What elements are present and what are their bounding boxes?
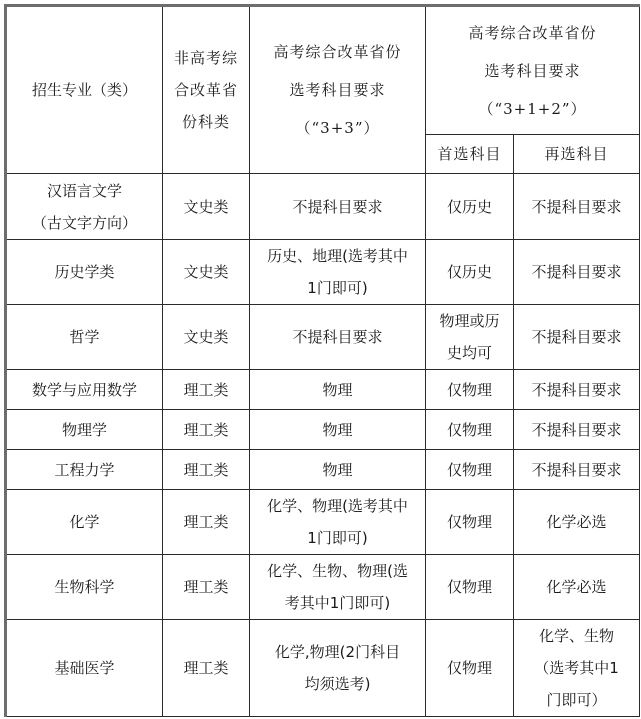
cell-text: 理工类	[183, 381, 228, 399]
cell-first-choice: 仅物理	[426, 620, 514, 717]
header-line: （“3+1+2”）	[430, 90, 635, 128]
table-row: 汉语言文学 （古文字方向） 文史类 不提科目要求 仅历史 不提科目要求	[6, 174, 640, 240]
cell-text: 文史类	[183, 328, 228, 346]
cell-category: 文史类	[163, 240, 250, 305]
table-row: 历史学类 文史类 历史、地理(选考其中 1门即可) 仅历史 不提科目要求	[6, 240, 640, 305]
cell-first-choice: 仅物理	[426, 370, 514, 410]
cell-second-choice: 不提科目要求	[514, 240, 640, 305]
cell-category: 理工类	[163, 555, 250, 620]
cell-text: 物理或历	[430, 305, 509, 337]
cell-text: 化学必选	[518, 506, 635, 538]
cell-req-3plus3: 物理	[250, 410, 426, 450]
table-row: 工程力学 理工类 物理 仅物理 不提科目要求	[6, 450, 640, 490]
cell-text: 不提科目要求	[518, 374, 635, 406]
header-line: 非高考综	[167, 42, 245, 74]
cell-major: 基础医学	[6, 620, 163, 717]
cell-second-choice: 不提科目要求	[514, 410, 640, 450]
cell-text: 化学、生物、物理(选	[254, 555, 421, 587]
cell-text: 考其中1门即可)	[254, 587, 421, 619]
cell-text: （选考其中1	[518, 652, 635, 684]
cell-text: 历史学类	[11, 256, 158, 288]
cell-text: 不提科目要求	[518, 256, 635, 288]
cell-category: 理工类	[163, 490, 250, 555]
cell-category: 文史类	[163, 305, 250, 370]
cell-req-3plus3: 化学、物理(选考其中 1门即可)	[250, 490, 426, 555]
cell-major: 汉语言文学 （古文字方向）	[6, 174, 163, 240]
cell-first-choice: 仅物理	[426, 555, 514, 620]
cell-text: 理工类	[183, 659, 228, 677]
header-line: 选考科目要求	[254, 71, 421, 109]
header-line: （“3+3”）	[254, 109, 421, 147]
table-row: 基础医学 理工类 化学,物理(2门科目 均须选考) 仅物理 化学、生物 （选考其…	[6, 620, 640, 717]
cell-req-3plus3: 化学,物理(2门科目 均须选考)	[250, 620, 426, 717]
header-line: 选考科目要求	[430, 52, 635, 90]
cell-category: 理工类	[163, 410, 250, 450]
cell-text: 基础医学	[11, 652, 158, 684]
header-second-choice: 再选科目	[514, 135, 640, 174]
cell-text: 化学必选	[518, 571, 635, 603]
cell-first-choice: 仅历史	[426, 240, 514, 305]
table-row: 哲学 文史类 不提科目要求 物理或历 史均可 不提科目要求	[6, 305, 640, 370]
cell-text: 化学、生物	[518, 620, 635, 652]
cell-text: 哲学	[11, 321, 158, 353]
header-line: 合改革省	[167, 74, 245, 106]
cell-second-choice: 化学必选	[514, 490, 640, 555]
cell-text: 不提科目要求	[518, 454, 635, 486]
cell-major: 化学	[6, 490, 163, 555]
cell-req-3plus3: 物理	[250, 370, 426, 410]
cell-category: 理工类	[163, 450, 250, 490]
cell-text: 仅物理	[430, 414, 509, 446]
cell-text: 仅历史	[430, 256, 509, 288]
cell-category: 理工类	[163, 370, 250, 410]
cell-first-choice: 仅物理	[426, 450, 514, 490]
cell-text: 史均可	[430, 337, 509, 369]
cell-text: 仅历史	[430, 191, 509, 223]
cell-text: 理工类	[183, 513, 228, 531]
header-major-label: 招生专业（类）	[32, 81, 137, 99]
cell-req-3plus3: 不提科目要求	[250, 174, 426, 240]
cell-first-choice: 仅物理	[426, 410, 514, 450]
header-reform-3plus1plus2: 高考综合改革省份 选考科目要求 （“3+1+2”）	[426, 6, 640, 135]
cell-major: 哲学	[6, 305, 163, 370]
cell-major: 工程力学	[6, 450, 163, 490]
cell-text: 理工类	[183, 421, 228, 439]
cell-category: 理工类	[163, 620, 250, 717]
cell-text: 物理	[254, 374, 421, 406]
cell-text: 均须选考)	[254, 668, 421, 700]
cell-first-choice: 仅物理	[426, 490, 514, 555]
cell-major: 生物科学	[6, 555, 163, 620]
header-first-choice: 首选科目	[426, 135, 514, 174]
cell-text: 物理	[254, 454, 421, 486]
table-row: 数学与应用数学 理工类 物理 仅物理 不提科目要求	[6, 370, 640, 410]
header-first-choice-label: 首选科目	[437, 145, 501, 163]
cell-text: 化学,物理(2门科目	[254, 636, 421, 668]
table-row: 化学 理工类 化学、物理(选考其中 1门即可) 仅物理 化学必选	[6, 490, 640, 555]
header-line: 高考综合改革省份	[430, 14, 635, 52]
cell-first-choice: 仅历史	[426, 174, 514, 240]
cell-text: 理工类	[183, 578, 228, 596]
cell-text: 门即可）	[518, 684, 635, 716]
cell-text: 仅物理	[430, 454, 509, 486]
cell-text: 1门即可)	[254, 522, 421, 554]
cell-major: 物理学	[6, 410, 163, 450]
cell-second-choice: 不提科目要求	[514, 450, 640, 490]
cell-req-3plus3: 物理	[250, 450, 426, 490]
cell-text: 不提科目要求	[518, 321, 635, 353]
cell-text: 物理	[254, 414, 421, 446]
table-row: 生物科学 理工类 化学、生物、物理(选 考其中1门即可) 仅物理 化学必选	[6, 555, 640, 620]
cell-major: 数学与应用数学	[6, 370, 163, 410]
cell-text: 仅物理	[430, 571, 509, 603]
cell-text: 工程力学	[11, 454, 158, 486]
cell-text: 不提科目要求	[254, 321, 421, 353]
cell-second-choice: 化学必选	[514, 555, 640, 620]
cell-text: （古文字方向）	[11, 207, 158, 239]
cell-text: 化学、物理(选考其中	[254, 490, 421, 522]
cell-text: 生物科学	[11, 571, 158, 603]
cell-text: 理工类	[183, 461, 228, 479]
cell-second-choice: 化学、生物 （选考其中1 门即可）	[514, 620, 640, 717]
cell-text: 不提科目要求	[518, 414, 635, 446]
cell-text: 仅物理	[430, 506, 509, 538]
header-line: 高考综合改革省份	[254, 33, 421, 71]
cell-second-choice: 不提科目要求	[514, 174, 640, 240]
table-row: 物理学 理工类 物理 仅物理 不提科目要求	[6, 410, 640, 450]
cell-second-choice: 不提科目要求	[514, 370, 640, 410]
cell-major: 历史学类	[6, 240, 163, 305]
header-reform-3plus3: 高考综合改革省份 选考科目要求 （“3+3”）	[250, 6, 426, 174]
header-line: 份科类	[167, 106, 245, 138]
cell-first-choice: 物理或历 史均可	[426, 305, 514, 370]
cell-text: 数学与应用数学	[11, 374, 158, 406]
cell-second-choice: 不提科目要求	[514, 305, 640, 370]
cell-category: 文史类	[163, 174, 250, 240]
subject-requirements-table: 招生专业（类） 非高考综 合改革省 份科类 高考综合改革省份 选考科目要求 （“…	[4, 4, 640, 717]
cell-text: 历史、地理(选考其中	[254, 240, 421, 272]
cell-text: 文史类	[183, 263, 228, 281]
header-non-reform-category: 非高考综 合改革省 份科类	[163, 6, 250, 174]
header-second-choice-label: 再选科目	[545, 145, 609, 163]
cell-req-3plus3: 化学、生物、物理(选 考其中1门即可)	[250, 555, 426, 620]
cell-text: 化学	[11, 506, 158, 538]
header-major: 招生专业（类）	[6, 6, 163, 174]
cell-text: 不提科目要求	[254, 191, 421, 223]
cell-text: 汉语言文学	[11, 175, 158, 207]
cell-req-3plus3: 历史、地理(选考其中 1门即可)	[250, 240, 426, 305]
cell-req-3plus3: 不提科目要求	[250, 305, 426, 370]
cell-text: 仅物理	[430, 374, 509, 406]
cell-text: 仅物理	[430, 652, 509, 684]
cell-text: 文史类	[183, 198, 228, 216]
cell-text: 物理学	[11, 414, 158, 446]
cell-text: 不提科目要求	[518, 191, 635, 223]
cell-text: 1门即可)	[254, 272, 421, 304]
